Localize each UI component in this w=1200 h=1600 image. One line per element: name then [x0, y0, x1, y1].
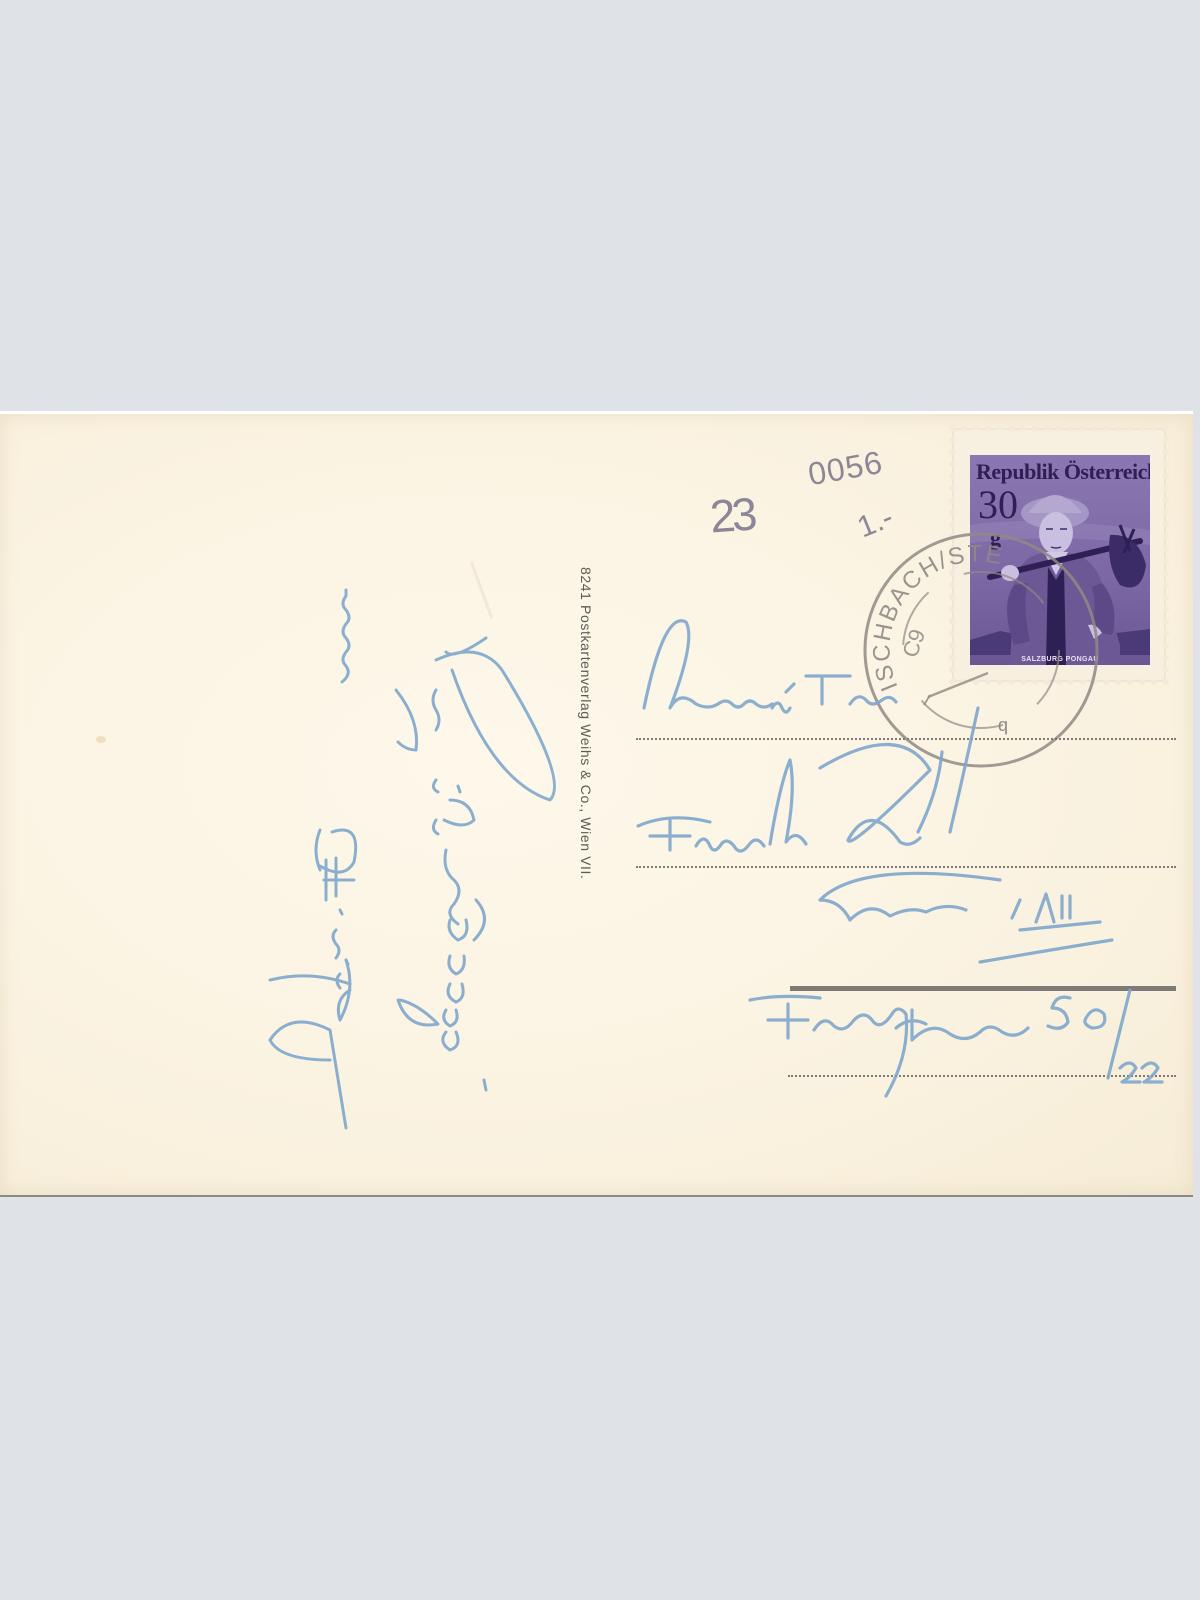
postage-stamp: Republik Österreich 30 g SALZBURG PONGAU: [954, 430, 1164, 680]
stamp-unit: g: [990, 525, 1001, 551]
stamp-value: 30: [978, 485, 1018, 525]
address-line-2: [636, 866, 1176, 868]
address-line-4: [788, 1075, 1176, 1077]
address-line-3: [790, 986, 1176, 991]
paper-stain: [96, 736, 106, 743]
stamp-artwork: Republik Österreich 30 g SALZBURG PONGAU: [970, 455, 1150, 665]
address-line-1: [636, 738, 1176, 740]
stamp-caption: SALZBURG PONGAU: [970, 656, 1150, 663]
pencil-note-number: 23: [708, 487, 755, 544]
publisher-imprint: 8241 Postkartenverlag Weihs & Co., Wien …: [578, 567, 594, 880]
